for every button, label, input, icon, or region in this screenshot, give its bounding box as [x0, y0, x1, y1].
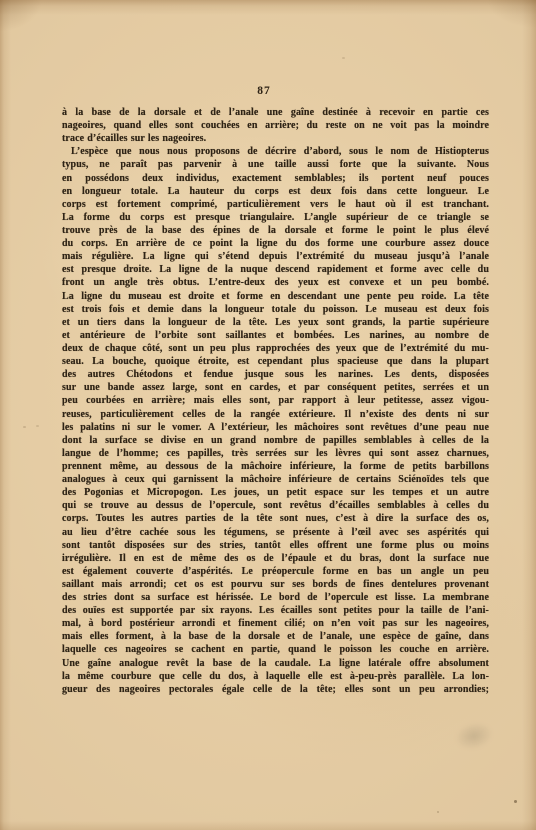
text-line: sont tantôt disposées sur des stries, ta…: [62, 539, 489, 552]
pencil-smudge: [444, 712, 503, 760]
ink-speck: [342, 57, 345, 59]
text-line: Une gaîne analogue revêt la base de la c…: [62, 657, 489, 670]
text-line: deux de chaque côté, sont un peu plus ra…: [62, 342, 489, 355]
text-line: dont la surface se divise en un grand no…: [62, 434, 489, 447]
text-line: à la base de la dorsale et de l’anale un…: [62, 106, 489, 119]
text-line: est également couverte d’aspérités. Le p…: [62, 565, 489, 578]
text-line: qui se trouve au dessus de l’opercule, s…: [62, 499, 489, 512]
text-line: en possédons deux individus, exactement …: [62, 172, 489, 185]
text-line: mais régulière. La ligne qui s’étend dep…: [62, 250, 489, 263]
text-line: laquelle ces nageoires se cachent en par…: [62, 643, 489, 656]
text-line: corps est fortement comprimé, particuliè…: [62, 198, 489, 211]
text-line: reuses, particulièrement celles de la ra…: [62, 408, 489, 421]
text-line: La forme du corps est presque triangulai…: [62, 211, 489, 224]
text-line: au lieu d’être cachée sous les tégumens,…: [62, 526, 489, 539]
ink-speck: [437, 811, 439, 813]
scanned-book-page: 87 à la base de la dorsale et de l’anale…: [0, 0, 536, 830]
ink-speck: [514, 800, 517, 803]
text-line: du corps. En arrière de ce point la lign…: [62, 237, 489, 250]
text-line: et un tiers dans la longueur de la tête.…: [62, 316, 489, 329]
text-line: des Pogonias et Micropogon. Les joues, u…: [62, 486, 489, 499]
ink-speck: [23, 426, 26, 428]
text-line: corps. Toutes les autres parties de la t…: [62, 512, 489, 525]
text-line: la même courbure que celle du dos, à laq…: [62, 670, 489, 683]
text-line: mal, à bord postérieur arrondi et fineme…: [62, 617, 489, 630]
text-line: les palatins ni sur le vomer. A l’extéri…: [62, 421, 489, 434]
text-line: nageoires, quand elles sont couchées en …: [62, 119, 489, 132]
text-line: des stries dont sa surface est hérissée.…: [62, 591, 489, 604]
text-line: et antérieure de l’orbite sont saillante…: [62, 329, 489, 342]
text-line: gueur des nageoires pectorales égale cel…: [62, 683, 489, 696]
text-line: typus, ne paraît pas parvenir à une tail…: [62, 158, 489, 171]
text-line: en longueur totale. La hauteur du corps …: [62, 185, 489, 198]
ink-speck: [36, 425, 39, 427]
text-line: peu courbées en arrière; mais elles sont…: [62, 394, 489, 407]
text-line: trouve près de la base des épines de la …: [62, 224, 489, 237]
text-line: saillant mais arrondi; cet os est pourvu…: [62, 578, 489, 591]
text-line: mais elles forment, à la base de la dors…: [62, 630, 489, 643]
text-line: des ouïes est supportée par six rayons. …: [62, 604, 489, 617]
text-line: La ligne du museau est droite et forme e…: [62, 290, 489, 303]
text-line: est trois fois et demie dans la longueur…: [62, 303, 489, 316]
text-line: analogues à ceux qui garnissent la mâcho…: [62, 473, 489, 486]
text-line: sur une bande assez large, sont en carde…: [62, 381, 489, 394]
text-line: trace d’écailles sur les nageoires.: [62, 132, 489, 145]
text-line: prennent même, au dessous de la mâchoire…: [62, 460, 489, 473]
text-line: irrégulière. Il en est de même des os de…: [62, 552, 489, 565]
page-number: 87: [0, 85, 528, 97]
text-line: L’espèce que nous nous proposons de décr…: [62, 145, 489, 158]
body-text: à la base de la dorsale et de l’anale un…: [62, 106, 489, 696]
text-line: seau. La bouche, quoique étroite, est ce…: [62, 355, 489, 368]
text-line: front un angle très obtus. L’entre-deux …: [62, 276, 489, 289]
text-line: des autres Chétodons et fendue jusque so…: [62, 368, 489, 381]
text-line: est presque droite. La ligne de la nuque…: [62, 263, 489, 276]
text-line: langue de l’homme; ces papilles, très se…: [62, 447, 489, 460]
